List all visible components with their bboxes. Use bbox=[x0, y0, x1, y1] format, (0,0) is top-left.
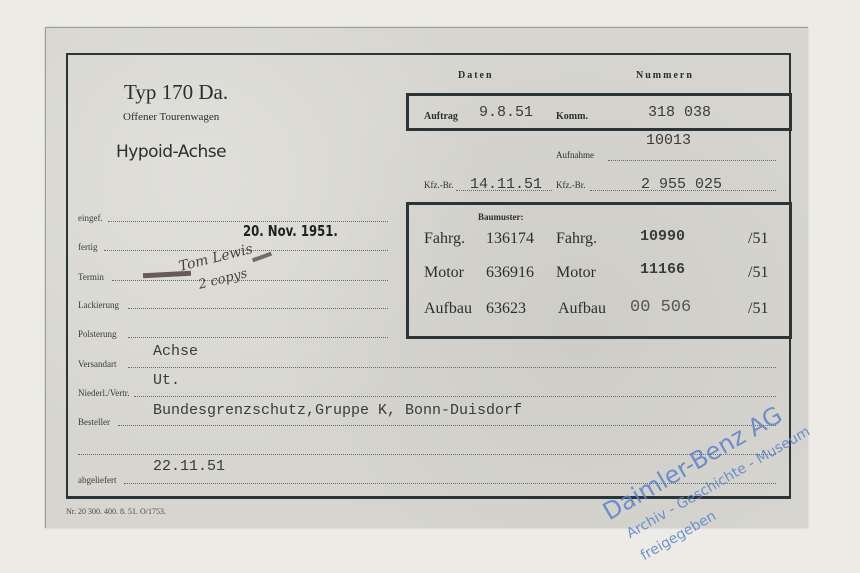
lackierung-line bbox=[128, 308, 388, 309]
body-label-2: Aufbau bbox=[558, 300, 606, 318]
versandart-label: Versandart bbox=[78, 359, 116, 369]
abgeliefert-value: 22.11.51 bbox=[153, 458, 225, 475]
engine-label: Motor bbox=[424, 264, 464, 282]
kfz-number-label: Kfz.-Br. bbox=[556, 180, 586, 190]
chassis-year: /51 bbox=[748, 230, 768, 248]
eingef-label: eingef. bbox=[78, 213, 103, 223]
body-number: 00 506 bbox=[630, 298, 691, 317]
engine-number: 11166 bbox=[640, 261, 685, 278]
termin-label: Termin bbox=[78, 272, 104, 282]
besteller-label: Besteller bbox=[78, 417, 110, 427]
termin-line bbox=[112, 280, 388, 281]
fertig-date-stamp: 20. Nov. 1951. bbox=[243, 222, 338, 240]
order-date: 9.8.51 bbox=[479, 104, 533, 121]
besteller-value: Bundesgrenzschutz,Gruppe K, Bonn-Duisdor… bbox=[153, 402, 522, 419]
body-year: /51 bbox=[748, 300, 768, 318]
extra-line bbox=[78, 454, 776, 455]
engine-year: /51 bbox=[748, 264, 768, 282]
niederl-line bbox=[134, 396, 776, 397]
engine-model: 636916 bbox=[486, 264, 534, 282]
lackierung-label: Lackierung bbox=[78, 300, 119, 310]
versandart-line bbox=[128, 367, 776, 368]
body-model: 63623 bbox=[486, 300, 526, 318]
abgeliefert-label: abgeliefert bbox=[78, 475, 116, 485]
column-header-numbers: Nummern bbox=[636, 70, 694, 81]
aufnahme-label: Aufnahme bbox=[556, 150, 594, 160]
aufnahme-line bbox=[608, 160, 776, 161]
aufnahme-number: 10013 bbox=[646, 132, 691, 149]
kfz-date-label: Kfz.-Br. bbox=[424, 180, 454, 190]
versandart-value: Achse bbox=[153, 343, 198, 360]
fertig-label: fertig bbox=[78, 242, 98, 252]
kfz-number-value: 2 955 025 bbox=[641, 176, 722, 193]
chassis-number: 10990 bbox=[640, 228, 685, 245]
besteller-line bbox=[118, 425, 776, 426]
body-type-subtitle: Offener Tourenwagen bbox=[123, 111, 219, 123]
kfz-date-value: 14.11.51 bbox=[470, 176, 542, 193]
commission-label: Komm. bbox=[556, 111, 588, 122]
niederl-label: Niederl./Vertr. bbox=[78, 388, 129, 398]
polsterung-label: Polsterung bbox=[78, 329, 117, 339]
axle-type: Hypoid-Achse bbox=[116, 142, 226, 162]
chassis-label-2: Fahrg. bbox=[556, 230, 597, 248]
form-number: Nr. 20 300. 400. 8. 51. O/1753. bbox=[66, 507, 166, 516]
niederl-value: Ut. bbox=[153, 372, 180, 389]
body-label: Aufbau bbox=[424, 300, 472, 318]
chassis-model: 136174 bbox=[486, 230, 534, 248]
vehicle-type-title: Typ 170 Da. bbox=[124, 80, 228, 105]
engine-label-2: Motor bbox=[556, 264, 596, 282]
baumuster-heading: Baumuster: bbox=[478, 212, 524, 222]
order-box bbox=[406, 93, 792, 131]
order-label: Auftrag bbox=[424, 111, 458, 122]
column-header-dates: Daten bbox=[458, 70, 494, 81]
commission-number: 318 038 bbox=[648, 104, 711, 121]
chassis-label: Fahrg. bbox=[424, 230, 465, 248]
polsterung-line bbox=[128, 337, 388, 338]
